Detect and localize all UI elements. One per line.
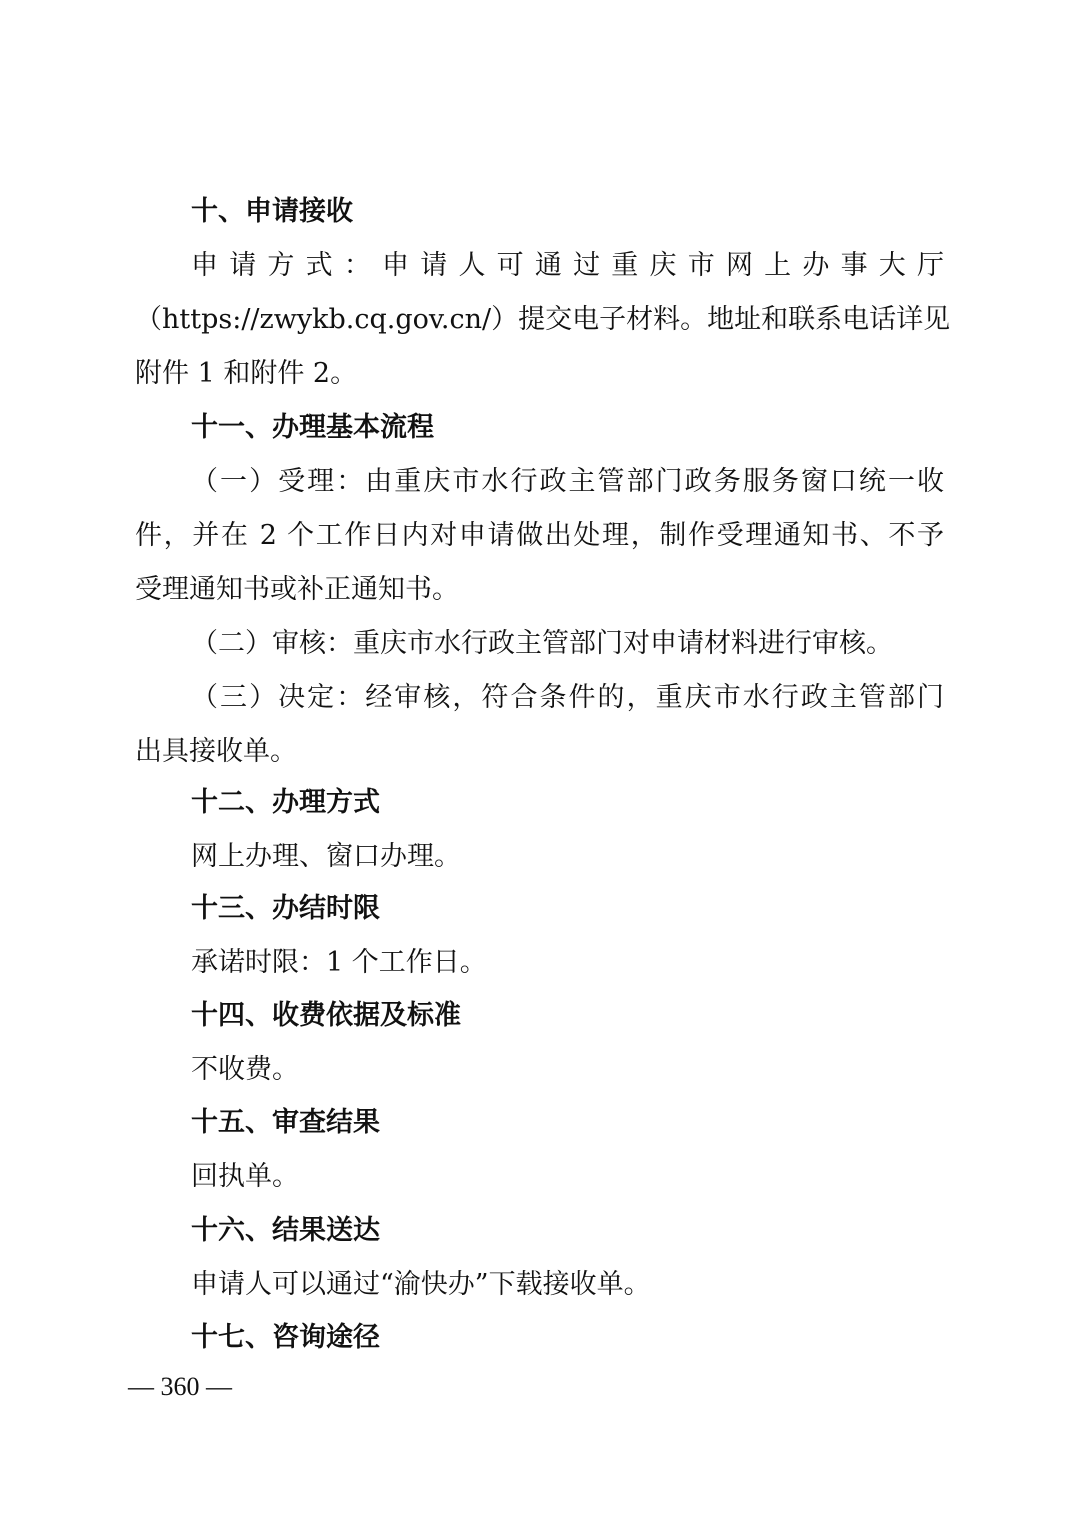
- paragraph-line: 件，并在 2 个工作日内对申请做出处理，制作受理通知书、不予: [135, 509, 944, 563]
- paragraph-line: 申 请 方 式 ： 申 请 人 可 通 过 重 庆 市 网 上 办 事 大 厅: [191, 239, 944, 293]
- paragraph-line: （一）受理：由重庆市水行政主管部门政务服务窗口统一收: [191, 455, 944, 509]
- paragraph-line: 附件 1 和附件 2。: [135, 347, 944, 401]
- section-heading-13: 十三、办结时限: [191, 882, 1000, 936]
- paragraph-line: （二）审核：重庆市水行政主管部门对申请材料进行审核。: [191, 617, 944, 671]
- section-heading-11: 十一、办理基本流程: [191, 401, 1000, 455]
- section-heading-15: 十五、审查结果: [191, 1096, 1000, 1150]
- paragraph-line: 网上办理、窗口办理。: [191, 830, 944, 884]
- paragraph-line: 受理通知书或补正通知书。: [135, 563, 944, 617]
- paragraph-line: （https://zwykb.cq.gov.cn/）提交电子材料。地址和联系电话…: [135, 293, 944, 347]
- section-heading-12: 十二、办理方式: [191, 776, 1000, 830]
- paragraph-line: 申请人可以通过“渝快办”下载接收单。: [191, 1258, 944, 1312]
- paragraph-line: （三）决定：经审核，符合条件的，重庆市水行政主管部门: [191, 671, 944, 725]
- section-heading-10: 十、申请接收: [191, 185, 1000, 239]
- page-number: — 360 —: [128, 1367, 232, 1407]
- paragraph-line: 出具接收单。: [135, 725, 944, 779]
- paragraph-line: 不收费。: [191, 1043, 944, 1097]
- paragraph-line: 承诺时限：1 个工作日。: [191, 936, 944, 990]
- section-heading-17: 十七、咨询途径: [191, 1311, 1000, 1365]
- section-heading-16: 十六、结果送达: [191, 1204, 1000, 1258]
- paragraph-line: 回执单。: [191, 1150, 944, 1204]
- section-heading-14: 十四、收费依据及标准: [191, 989, 1000, 1043]
